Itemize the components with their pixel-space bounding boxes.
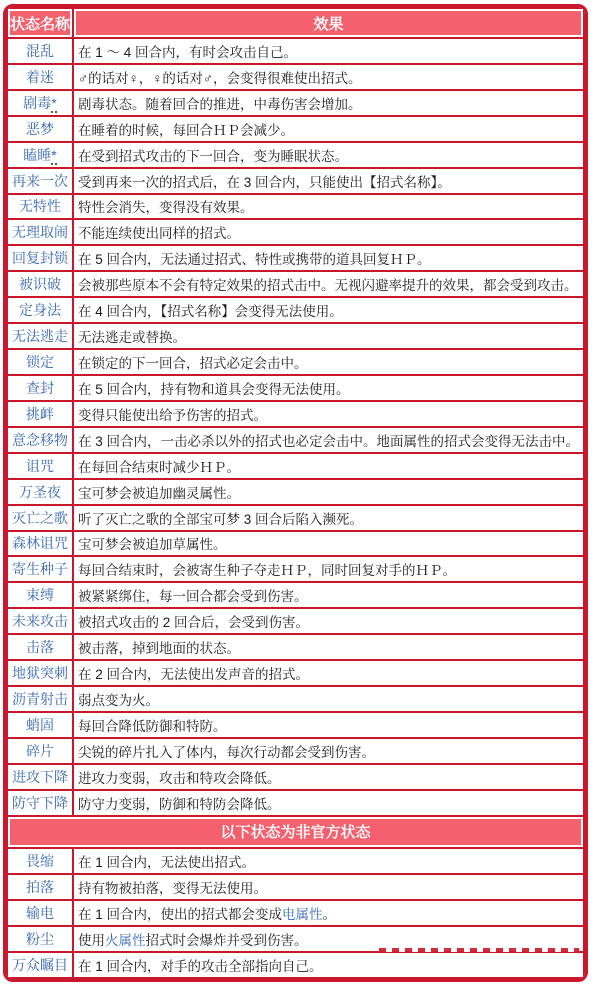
table-row: 束缚被紧紧绑住，每一回合都会受到伤害。 bbox=[7, 582, 584, 608]
effect-cell: 变得只能使出给予伤害的招式。 bbox=[73, 401, 584, 427]
status-name-cell: 恶梦 bbox=[7, 116, 73, 142]
status-name-cell: 意念移物 bbox=[7, 427, 73, 453]
effect-cell: 持有物被拍落，变得无法使用。 bbox=[73, 874, 584, 900]
table-row: 查封在 5 回合内，持有物和道具会变得无法使用。 bbox=[7, 375, 584, 401]
table-row: 拍落持有物被拍落，变得无法使用。 bbox=[7, 874, 584, 900]
status-name-cell: 诅咒 bbox=[7, 453, 73, 479]
effect-text: 受到再来一次的招式后，在 3 回合内，只能使出【招式名称】。 bbox=[78, 175, 451, 190]
effect-text: 在 1 ～ 4 回合内，有时会攻击自己。 bbox=[78, 45, 297, 60]
effect-cell: 被击落，掉到地面的状态。 bbox=[73, 634, 584, 660]
table-row: 碎片尖锐的碎片扎入了体内，每次行动都会受到伤害。 bbox=[7, 738, 584, 764]
table-row: 寄生种子每回合结束时，会被寄生种子夺走ＨＰ，同时回复对手的ＨＰ。 bbox=[7, 556, 584, 582]
effect-cell: 使用火属性招式时会爆炸并受到伤害。 bbox=[73, 926, 584, 952]
table-row: 万众瞩目在 1 回合内，对手的攻击全部指向自己。 bbox=[7, 952, 584, 978]
status-name-cell: 着迷 bbox=[7, 64, 73, 90]
status-name-cell: 拍落 bbox=[7, 874, 73, 900]
table-row: 诅咒在每回合结束时减少ＨＰ。 bbox=[7, 453, 584, 479]
status-link[interactable]: 无特性 bbox=[19, 198, 61, 214]
effect-text: 听了灭亡之歌的全部宝可梦 3 回合后陷入濒死。 bbox=[78, 512, 363, 527]
effect-cell: 不能连续使出同样的招式。 bbox=[73, 219, 584, 245]
status-name-cell: 束缚 bbox=[7, 582, 73, 608]
effect-text: 变得只能使出给予伤害的招式。 bbox=[78, 408, 267, 423]
status-name-cell: 地狱突刺 bbox=[7, 660, 73, 686]
table-row: 着迷♂的话对♀，♀的话对♂，会变得很难使出招式。 bbox=[7, 64, 584, 90]
status-link[interactable]: 再来一次 bbox=[12, 173, 68, 189]
table-row: 恶梦在睡着的时候，每回合ＨＰ会减少。 bbox=[7, 116, 584, 142]
status-name-cell: 挑衅 bbox=[7, 401, 73, 427]
effect-cell: 在锁定的下一回合，招式必定会击中。 bbox=[73, 349, 584, 375]
effect-cell: 弱点变为火。 bbox=[73, 686, 584, 712]
effect-text: 在 5 回合内，无法通过招式、特性或携带的道具回复ＨＰ。 bbox=[78, 252, 431, 267]
status-link[interactable]: 寄生种子 bbox=[12, 561, 68, 577]
table-row: 输电在 1 回合内，使出的招式都会变成电属性。 bbox=[7, 900, 584, 926]
table-row: 击落被击落，掉到地面的状态。 bbox=[7, 634, 584, 660]
effect-cell: 在 1 回合内，无法使出招式。 bbox=[73, 848, 584, 874]
footnote-asterisk: * bbox=[51, 95, 56, 113]
status-name-cell: 防守下降 bbox=[7, 790, 73, 816]
status-name-cell: 无特性 bbox=[7, 194, 73, 220]
status-name-cell: 被识破 bbox=[7, 271, 73, 297]
effect-cell: 剧毒状态。随着回合的推进，中毒伤害会增加。 bbox=[73, 90, 584, 116]
status-link[interactable]: 定身法 bbox=[19, 302, 61, 318]
status-link[interactable]: 无法逃走 bbox=[12, 328, 68, 344]
status-name-cell: 碎片 bbox=[7, 738, 73, 764]
status-link[interactable]: 被识破 bbox=[19, 276, 61, 292]
effect-text: 在受到招式攻击的下一回合，变为睡眠状态。 bbox=[78, 149, 348, 164]
status-link[interactable]: 畏缩 bbox=[26, 853, 54, 869]
effect-cell: 在 4 回合内，【招式名称】会变得无法使用。 bbox=[73, 297, 584, 323]
table-row: 进攻下降进攻力变弱，攻击和特攻会降低。 bbox=[7, 764, 584, 790]
effect-text: 无法逃走或替换。 bbox=[78, 330, 186, 345]
status-link[interactable]: 拍落 bbox=[26, 879, 54, 895]
type-link[interactable]: 电属性 bbox=[282, 907, 323, 922]
table-row: 剧毒*剧毒状态。随着回合的推进，中毒伤害会增加。 bbox=[7, 90, 584, 116]
status-name-cell: 锁定 bbox=[7, 349, 73, 375]
status-link[interactable]: 森林诅咒 bbox=[12, 535, 68, 551]
table-row: 森林诅咒宝可梦会被追加草属性。 bbox=[7, 531, 584, 557]
status-link[interactable]: 灭亡之歌 bbox=[12, 510, 68, 526]
status-name-cell: 未来攻击 bbox=[7, 608, 73, 634]
effect-text: 在 2 回合内，无法使出发声音的招式。 bbox=[78, 667, 309, 682]
table-row: 锁定在锁定的下一回合，招式必定会击中。 bbox=[7, 349, 584, 375]
table-row: 未来攻击被招式攻击的 2 回合后，会受到伤害。 bbox=[7, 608, 584, 634]
effect-cell: ♂的话对♀，♀的话对♂，会变得很难使出招式。 bbox=[73, 64, 584, 90]
table-row: 回复封锁在 5 回合内，无法通过招式、特性或携带的道具回复ＨＰ。 bbox=[7, 245, 584, 271]
effect-text: 在锁定的下一回合，招式必定会击中。 bbox=[78, 356, 308, 371]
table-row: 再来一次受到再来一次的招式后，在 3 回合内，只能使出【招式名称】。 bbox=[7, 168, 584, 194]
table-row: 无理取闹不能连续使出同样的招式。 bbox=[7, 219, 584, 245]
effect-text: 防守力变弱，防御和特防会降低。 bbox=[78, 797, 281, 812]
effect-cell: 在每回合结束时减少ＨＰ。 bbox=[73, 453, 584, 479]
status-link[interactable]: 粉尘 bbox=[26, 931, 54, 947]
status-name-cell: 蛸固 bbox=[7, 712, 73, 738]
status-link[interactable]: 蛸固 bbox=[26, 717, 54, 733]
table-row: 畏缩在 1 回合内，无法使出招式。 bbox=[7, 848, 584, 874]
effect-text: 。 bbox=[323, 907, 337, 922]
effect-cell: 进攻力变弱，攻击和特攻会降低。 bbox=[73, 764, 584, 790]
effect-text: 在每回合结束时减少ＨＰ。 bbox=[78, 460, 240, 475]
effect-cell: 听了灭亡之歌的全部宝可梦 3 回合后陷入濒死。 bbox=[73, 505, 584, 531]
effect-cell: 在 5 回合内，持有物和道具会变得无法使用。 bbox=[73, 375, 584, 401]
status-link[interactable]: 着迷 bbox=[26, 69, 54, 85]
status-name-cell: 再来一次 bbox=[7, 168, 73, 194]
status-link[interactable]: 束缚 bbox=[26, 587, 54, 603]
table-header-row: 状态名称 效果 bbox=[7, 8, 584, 38]
effect-text: 招式时会爆炸并受到伤害。 bbox=[146, 933, 308, 948]
col-header-status-name: 状态名称 bbox=[7, 8, 73, 38]
status-name-cell: 寄生种子 bbox=[7, 556, 73, 582]
status-link[interactable]: 瞌睡 bbox=[23, 147, 51, 163]
effect-text: 弱点变为火。 bbox=[78, 693, 159, 708]
effect-text: 在 5 回合内，持有物和道具会变得无法使用。 bbox=[78, 382, 350, 397]
table-row: 定身法在 4 回合内，【招式名称】会变得无法使用。 bbox=[7, 297, 584, 323]
effect-text: 会被那些原本不会有特定效果的招式击中。无视闪避率提升的效果，都会受到攻击。 bbox=[78, 278, 578, 293]
effect-text: 在 3 回合内，一击必杀以外的招式也必定会击中。地面属性的招式会变得无法击中。 bbox=[78, 434, 579, 449]
status-link[interactable]: 万众瞩目 bbox=[12, 957, 68, 973]
effect-text: 持有物被拍落，变得无法使用。 bbox=[78, 881, 267, 896]
type-link[interactable]: 火属性 bbox=[105, 933, 146, 948]
table-row: 挑衅变得只能使出给予伤害的招式。 bbox=[7, 401, 584, 427]
effect-cell: 在受到招式攻击的下一回合，变为睡眠状态。 bbox=[73, 142, 584, 168]
status-name-cell: 进攻下降 bbox=[7, 764, 73, 790]
footnote-asterisk: * bbox=[51, 147, 56, 165]
effect-cell: 在 1 ～ 4 回合内，有时会攻击自己。 bbox=[73, 38, 584, 64]
effect-cell: 尖锐的碎片扎入了体内，每次行动都会受到伤害。 bbox=[73, 738, 584, 764]
effect-text: 被击落，掉到地面的状态。 bbox=[78, 641, 240, 656]
effect-cell: 受到再来一次的招式后，在 3 回合内，只能使出【招式名称】。 bbox=[73, 168, 584, 194]
effect-text: 每回合结束时，会被寄生种子夺走ＨＰ，同时回复对手的ＨＰ。 bbox=[78, 563, 456, 578]
effect-text: 进攻力变弱，攻击和特攻会降低。 bbox=[78, 771, 281, 786]
table-row: 无法逃走无法逃走或替换。 bbox=[7, 323, 584, 349]
effect-text: 尖锐的碎片扎入了体内，每次行动都会受到伤害。 bbox=[78, 745, 375, 760]
status-link[interactable]: 输电 bbox=[26, 905, 54, 921]
effect-text: 使用 bbox=[78, 933, 105, 948]
status-name-cell: 粉尘 bbox=[7, 926, 73, 952]
status-name-cell: 万圣夜 bbox=[7, 479, 73, 505]
effect-cell: 特性会消失，变得没有效果。 bbox=[73, 194, 584, 220]
effect-text: 被紧紧绑住，每一回合都会受到伤害。 bbox=[78, 589, 308, 604]
status-name-cell: 瞌睡* bbox=[7, 142, 73, 168]
effect-text: 在 1 回合内，对手的攻击全部指向自己。 bbox=[78, 959, 323, 974]
status-effects-table: 状态名称 效果 混乱在 1 ～ 4 回合内，有时会攻击自己。着迷♂的话对♀，♀的… bbox=[3, 4, 588, 982]
effect-cell: 每回合降低防御和特防。 bbox=[73, 712, 584, 738]
effect-cell: 宝可梦会被追加幽灵属性。 bbox=[73, 479, 584, 505]
status-name-cell: 灭亡之歌 bbox=[7, 505, 73, 531]
status-link[interactable]: 意念移物 bbox=[12, 432, 68, 448]
effect-text: 在睡着的时候，每回合ＨＰ会减少。 bbox=[78, 123, 294, 138]
effect-cell: 会被那些原本不会有特定效果的招式击中。无视闪避率提升的效果，都会受到攻击。 bbox=[73, 271, 584, 297]
status-link[interactable]: 进攻下降 bbox=[12, 769, 68, 785]
effect-cell: 防守力变弱，防御和特防会降低。 bbox=[73, 790, 584, 816]
status-name-cell: 森林诅咒 bbox=[7, 531, 73, 557]
status-link[interactable]: 沥青射击 bbox=[12, 691, 68, 707]
status-link[interactable]: 碎片 bbox=[26, 743, 54, 759]
status-table: 状态名称 效果 混乱在 1 ～ 4 回合内，有时会攻击自己。着迷♂的话对♀，♀的… bbox=[6, 7, 585, 979]
status-link[interactable]: 混乱 bbox=[26, 43, 54, 59]
effect-cell: 在 3 回合内，一击必杀以外的招式也必定会击中。地面属性的招式会变得无法击中。 bbox=[73, 427, 584, 453]
status-name-cell: 畏缩 bbox=[7, 848, 73, 874]
table-row: 意念移物在 3 回合内，一击必杀以外的招式也必定会击中。地面属性的招式会变得无法… bbox=[7, 427, 584, 453]
status-link[interactable]: 诅咒 bbox=[26, 458, 54, 474]
status-name-cell: 无法逃走 bbox=[7, 323, 73, 349]
effect-text: 宝可梦会被追加幽灵属性。 bbox=[78, 486, 240, 501]
status-link[interactable]: 锁定 bbox=[26, 354, 54, 370]
status-name-cell: 无理取闹 bbox=[7, 219, 73, 245]
effect-cell: 在睡着的时候，每回合ＨＰ会减少。 bbox=[73, 116, 584, 142]
table-row: 防守下降防守力变弱，防御和特防会降低。 bbox=[7, 790, 584, 816]
status-name-cell: 击落 bbox=[7, 634, 73, 660]
status-link[interactable]: 恶梦 bbox=[26, 121, 54, 137]
table-row: 被识破会被那些原本不会有特定效果的招式击中。无视闪避率提升的效果，都会受到攻击。 bbox=[7, 271, 584, 297]
status-link[interactable]: 挑衅 bbox=[26, 406, 54, 422]
table-row: 万圣夜宝可梦会被追加幽灵属性。 bbox=[7, 479, 584, 505]
status-name-cell: 剧毒* bbox=[7, 90, 73, 116]
effect-cell: 每回合结束时，会被寄生种子夺走ＨＰ，同时回复对手的ＨＰ。 bbox=[73, 556, 584, 582]
table-row: 粉尘使用火属性招式时会爆炸并受到伤害。 bbox=[7, 926, 584, 952]
table-row: 瞌睡*在受到招式攻击的下一回合，变为睡眠状态。 bbox=[7, 142, 584, 168]
section-divider-label: 以下状态为非官方状态 bbox=[7, 816, 584, 848]
status-link[interactable]: 击落 bbox=[26, 639, 54, 655]
status-link[interactable]: 回复封锁 bbox=[12, 250, 68, 266]
table-row: 混乱在 1 ～ 4 回合内，有时会攻击自己。 bbox=[7, 38, 584, 64]
col-header-effect: 效果 bbox=[73, 8, 584, 38]
table-row: 沥青射击弱点变为火。 bbox=[7, 686, 584, 712]
status-name-cell: 沥青射击 bbox=[7, 686, 73, 712]
effect-text: 不能连续使出同样的招式。 bbox=[78, 226, 240, 241]
effect-cell: 被招式攻击的 2 回合后，会受到伤害。 bbox=[73, 608, 584, 634]
effect-cell: 在 1 回合内，使出的招式都会变成电属性。 bbox=[73, 900, 584, 926]
status-name-cell: 输电 bbox=[7, 900, 73, 926]
effect-cell: 在 5 回合内，无法通过招式、特性或携带的道具回复ＨＰ。 bbox=[73, 245, 584, 271]
effect-text: 宝可梦会被追加草属性。 bbox=[78, 537, 227, 552]
effect-cell: 在 1 回合内，对手的攻击全部指向自己。 bbox=[73, 952, 584, 978]
effect-cell: 被紧紧绑住，每一回合都会受到伤害。 bbox=[73, 582, 584, 608]
effect-text: 在 4 回合内，【招式名称】会变得无法使用。 bbox=[78, 304, 343, 319]
table-row: 无特性特性会消失，变得没有效果。 bbox=[7, 194, 584, 220]
status-name-cell: 查封 bbox=[7, 375, 73, 401]
status-link[interactable]: 未来攻击 bbox=[12, 613, 68, 629]
page: { "colors": { "border_red": "#c9182b", "… bbox=[0, 0, 595, 991]
effect-cell: 无法逃走或替换。 bbox=[73, 323, 584, 349]
effect-cell: 宝可梦会被追加草属性。 bbox=[73, 531, 584, 557]
table-row: 地狱突刺在 2 回合内，无法使出发声音的招式。 bbox=[7, 660, 584, 686]
effect-text: 在 1 回合内，无法使出招式。 bbox=[78, 855, 255, 870]
effect-cell: 在 2 回合内，无法使出发声音的招式。 bbox=[73, 660, 584, 686]
status-link[interactable]: 万圣夜 bbox=[19, 484, 61, 500]
effect-text: 被招式攻击的 2 回合后，会受到伤害。 bbox=[78, 615, 309, 630]
status-link[interactable]: 防守下降 bbox=[12, 795, 68, 811]
effect-text: 每回合降低防御和特防。 bbox=[78, 719, 227, 734]
status-name-cell: 定身法 bbox=[7, 297, 73, 323]
status-name-cell: 混乱 bbox=[7, 38, 73, 64]
effect-text: 在 1 回合内，使出的招式都会变成 bbox=[78, 907, 282, 922]
status-link[interactable]: 查封 bbox=[26, 380, 54, 396]
table-row: 灭亡之歌听了灭亡之歌的全部宝可梦 3 回合后陷入濒死。 bbox=[7, 505, 584, 531]
status-name-cell: 回复封锁 bbox=[7, 245, 73, 271]
effect-text: ♂的话对♀，♀的话对♂，会变得很难使出招式。 bbox=[78, 71, 362, 86]
section-divider-row: 以下状态为非官方状态 bbox=[7, 816, 584, 848]
table-row: 蛸固每回合降低防御和特防。 bbox=[7, 712, 584, 738]
effect-text: 剧毒状态。随着回合的推进，中毒伤害会增加。 bbox=[78, 97, 362, 112]
status-link[interactable]: 地狱突刺 bbox=[12, 665, 68, 681]
status-link[interactable]: 无理取闹 bbox=[12, 224, 68, 240]
status-name-cell: 万众瞩目 bbox=[7, 952, 73, 978]
status-link[interactable]: 剧毒 bbox=[23, 95, 51, 111]
effect-text: 特性会消失，变得没有效果。 bbox=[78, 200, 254, 215]
